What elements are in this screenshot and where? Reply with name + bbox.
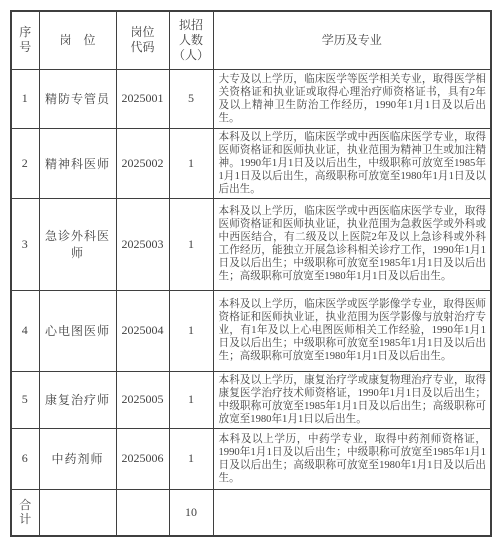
table-total-row: 合 计 10 — [11, 489, 491, 536]
header-planned-count: 拟招 人数 （人） — [169, 11, 213, 69]
row-requirements: 本科及以上学历，康复治疗学或康复物理治疗专业，取得康复医学治疗技术师资格证，19… — [213, 371, 491, 428]
row-position-code: 2025006 — [116, 428, 169, 489]
row-planned-count: 1 — [169, 198, 213, 290]
row-serial-number: 2 — [11, 128, 39, 198]
total-requirements-empty — [213, 489, 491, 536]
recruitment-positions-table: 序 号 岗 位 岗位 代码 拟招 人数 （人） 学历及专业 1 精防专管员 20… — [10, 10, 492, 537]
row-requirements: 本科及以上学历，临床医学或中西医临床医学专业，取得医师资格证和医师执业证，执业范… — [213, 128, 491, 198]
row-planned-count: 5 — [169, 69, 213, 128]
table-header-row: 序 号 岗 位 岗位 代码 拟招 人数 （人） 学历及专业 — [11, 11, 491, 69]
table-row: 4 心电图医师 2025004 1 本科及以上学历，临床医学或医学影像学专业，取… — [11, 290, 491, 371]
page: 序 号 岗 位 岗位 代码 拟招 人数 （人） 学历及专业 1 精防专管员 20… — [0, 0, 499, 540]
row-requirements: 大专及以上学历，临床医学等医学相关专业，取得医学相关资格证和执业证或取得心理治疗… — [213, 69, 491, 128]
header-position-code: 岗位 代码 — [116, 11, 169, 69]
row-requirements: 本科及以上学历，临床医学或医学影像学专业，取得医师资格证和医师执业证，执业范围为… — [213, 290, 491, 371]
table-row: 3 急诊外科医师 2025003 1 本科及以上学历，临床医学或中西医临床医学专… — [11, 198, 491, 290]
row-position-name: 心电图医师 — [39, 290, 116, 371]
row-position-name: 康复治疗师 — [39, 371, 116, 428]
row-planned-count: 1 — [169, 290, 213, 371]
row-serial-number: 3 — [11, 198, 39, 290]
row-position-name: 急诊外科医师 — [39, 198, 116, 290]
total-position-empty — [39, 489, 116, 536]
row-serial-number: 4 — [11, 290, 39, 371]
row-position-name: 精防专管员 — [39, 69, 116, 128]
table-row: 2 精神科医师 2025002 1 本科及以上学历，临床医学或中西医临床医学专业… — [11, 128, 491, 198]
header-serial-number: 序 号 — [11, 11, 39, 69]
row-requirements: 本科及以上学历，中药学专业，取得中药剂师资格证，1990年1月1日及以后出生；中… — [213, 428, 491, 489]
row-position-code: 2025003 — [116, 198, 169, 290]
total-label: 合 计 — [11, 489, 39, 536]
row-serial-number: 6 — [11, 428, 39, 489]
row-position-name: 精神科医师 — [39, 128, 116, 198]
row-planned-count: 1 — [169, 371, 213, 428]
header-position: 岗 位 — [39, 11, 116, 69]
row-position-code: 2025005 — [116, 371, 169, 428]
row-position-name: 中药剂师 — [39, 428, 116, 489]
row-position-code: 2025004 — [116, 290, 169, 371]
row-serial-number: 5 — [11, 371, 39, 428]
row-serial-number: 1 — [11, 69, 39, 128]
table-row: 6 中药剂师 2025006 1 本科及以上学历，中药学专业，取得中药剂师资格证… — [11, 428, 491, 489]
total-count-value: 10 — [169, 489, 213, 536]
total-code-empty — [116, 489, 169, 536]
header-education-major: 学历及专业 — [213, 11, 491, 69]
table-row: 5 康复治疗师 2025005 1 本科及以上学历，康复治疗学或康复物理治疗专业… — [11, 371, 491, 428]
table-row: 1 精防专管员 2025001 5 大专及以上学历，临床医学等医学相关专业，取得… — [11, 69, 491, 128]
row-position-code: 2025001 — [116, 69, 169, 128]
row-planned-count: 1 — [169, 128, 213, 198]
row-planned-count: 1 — [169, 428, 213, 489]
row-position-code: 2025002 — [116, 128, 169, 198]
row-requirements: 本科及以上学历，临床医学或中西医临床医学专业，取得医师资格证和医师执业证，执业范… — [213, 198, 491, 290]
